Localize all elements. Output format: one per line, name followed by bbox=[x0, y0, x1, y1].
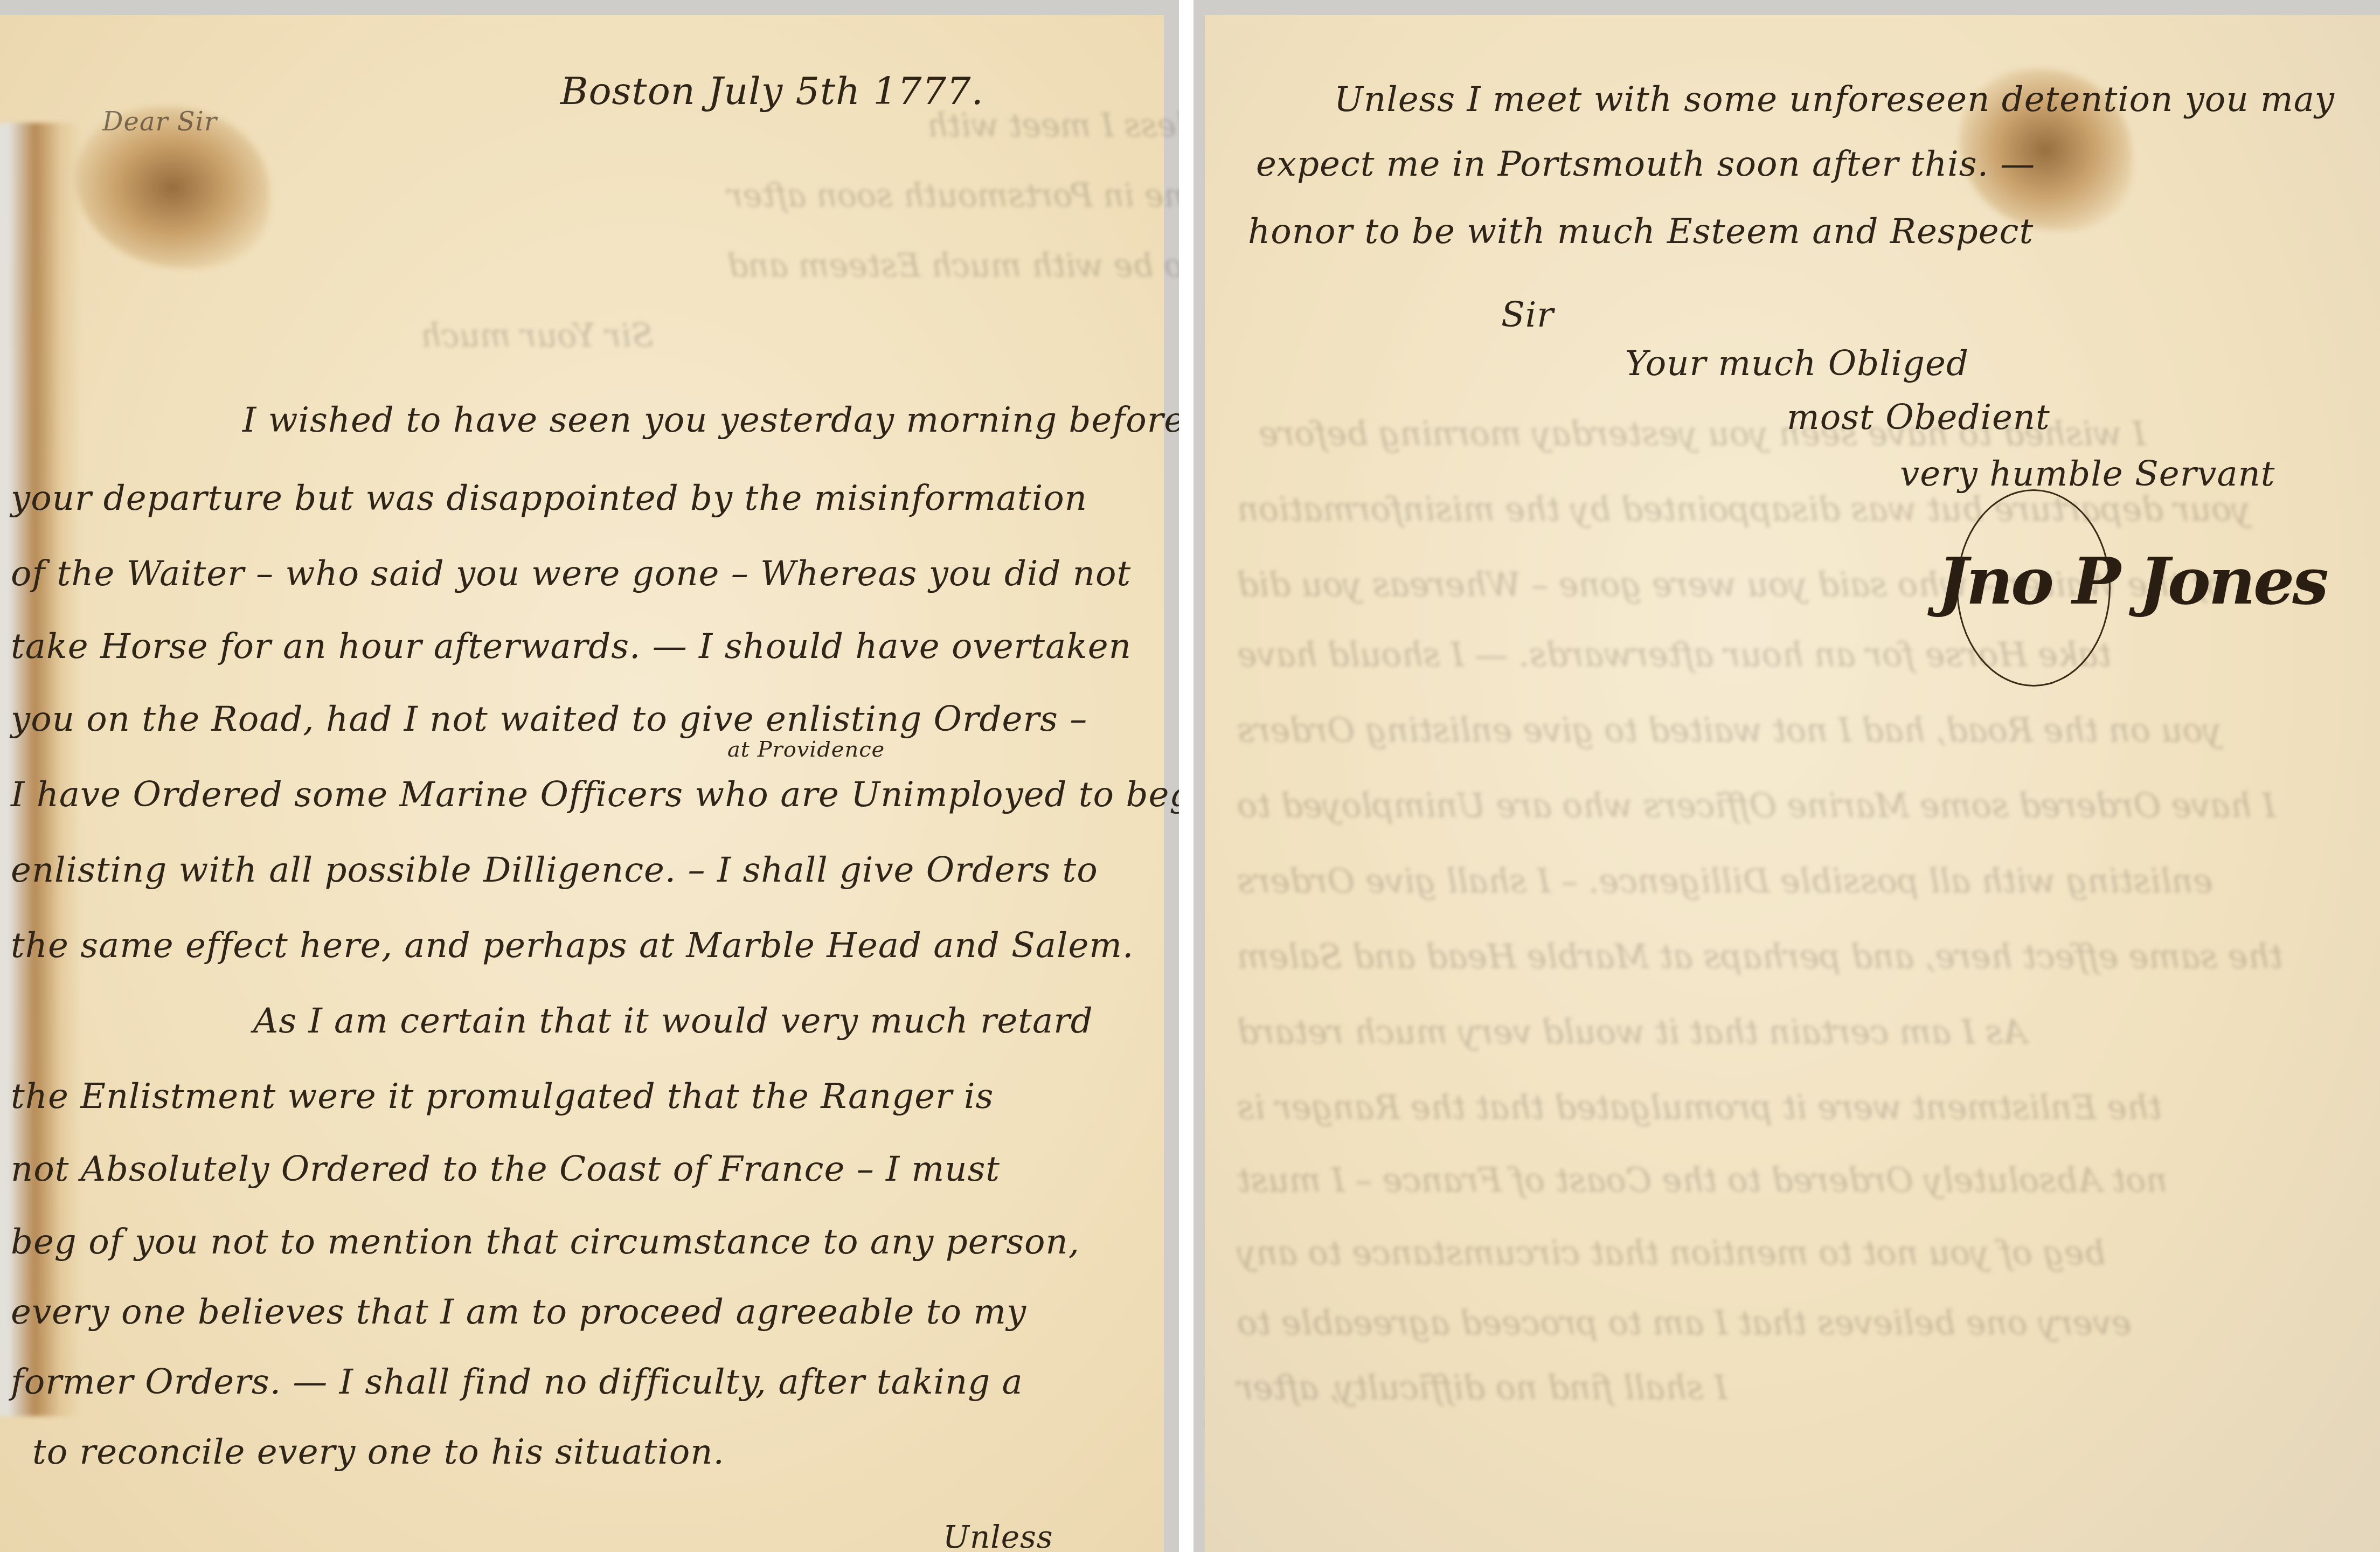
letter-line: As I am certain that it would very much … bbox=[253, 1001, 1093, 1041]
ink-bleed-through: honor to be with much Esteem and bbox=[727, 247, 1179, 285]
left-page-photo: Unless I meet with expect me in Portsmou… bbox=[0, 0, 1179, 1552]
letter-line: I wished to have seen you yesterday morn… bbox=[242, 400, 1179, 440]
letter-line: your departure but was disappointed by t… bbox=[11, 479, 1087, 518]
ink-bleed-through: beg of you not to mention that circumsta… bbox=[1237, 1233, 2105, 1272]
ink-bleed-through: I have Ordered some Marine Officers who … bbox=[1237, 786, 2275, 825]
letter-line: of the Waiter – who said you were gone –… bbox=[11, 554, 1131, 594]
closing-line: very humble Servant bbox=[1900, 454, 2275, 494]
ink-bleed-through: every one believes that I am to proceed … bbox=[1237, 1303, 2131, 1342]
ink-bleed-through: the Enlistment were it promulgated that … bbox=[1237, 1087, 2162, 1127]
ink-bleed-through: Sir Your much bbox=[420, 317, 654, 355]
interlineation: at Providence bbox=[727, 737, 885, 762]
salutation: Dear Sir bbox=[102, 107, 217, 137]
ink-bleed-through: not Absolutely Ordered to the Coast of F… bbox=[1237, 1160, 2167, 1200]
letter-line: expect me in Portsmouth soon after this.… bbox=[1256, 144, 2035, 184]
signature: Jno P Jones bbox=[1938, 543, 2327, 619]
letter-line: I have Ordered some Marine Officers who … bbox=[11, 775, 1179, 815]
closing-salutation: Sir bbox=[1501, 295, 1554, 335]
letter-line: not Absolutely Ordered to the Coast of F… bbox=[11, 1149, 1000, 1189]
ink-bleed-through: you on the Road, had I not waited to giv… bbox=[1237, 710, 2222, 750]
ink-bleed-through: your departure but was disappointed by t… bbox=[1237, 489, 2250, 529]
letter-line: take Horse for an hour afterwards. — I s… bbox=[11, 627, 1132, 667]
ink-bleed-through: the same effect here, and perhaps at Mar… bbox=[1237, 937, 2282, 976]
letter-line: every one believes that I am to proceed … bbox=[11, 1292, 1026, 1332]
right-page-paper: I wished to have seen you yesterday morn… bbox=[1205, 15, 2380, 1552]
letter-line: the Enlistment were it promulgated that … bbox=[11, 1077, 994, 1117]
letter-line: enlisting with all possible Dilligence. … bbox=[11, 850, 1098, 890]
letter-line: Unless I meet with some unforeseen deten… bbox=[1334, 80, 2335, 120]
letter-line: you on the Road, had I not waited to giv… bbox=[11, 699, 1087, 739]
letter-line: to reconcile every one to his situation. bbox=[32, 1432, 725, 1472]
letter-line: beg of you not to mention that circumsta… bbox=[11, 1222, 1080, 1262]
dateline: Boston July 5th 1777. bbox=[560, 69, 984, 113]
ink-bleed-through: As I am certain that it would very much … bbox=[1237, 1012, 2027, 1051]
letter-line: the same effect here, and perhaps at Mar… bbox=[11, 926, 1134, 966]
letter-line: former Orders. — I shall find no difficu… bbox=[11, 1362, 1023, 1402]
right-page-photo: I wished to have seen you yesterday morn… bbox=[1194, 0, 2380, 1552]
left-page-paper: Unless I meet with expect me in Portsmou… bbox=[0, 15, 1164, 1552]
ink-bleed-through: expect me in Portsmouth soon after bbox=[727, 177, 1179, 214]
ink-bleed-through: enlisting with all possible Dilligence. … bbox=[1237, 861, 2213, 900]
catchword: Unless bbox=[943, 1519, 1053, 1552]
closing-line: Your much Obliged bbox=[1625, 344, 1969, 384]
letter-line: honor to be with much Esteem and Respect bbox=[1248, 212, 2034, 252]
closing-line: most Obedient bbox=[1787, 398, 2050, 438]
ink-bleed-through: I shall find no difficulty, after bbox=[1237, 1368, 1727, 1407]
